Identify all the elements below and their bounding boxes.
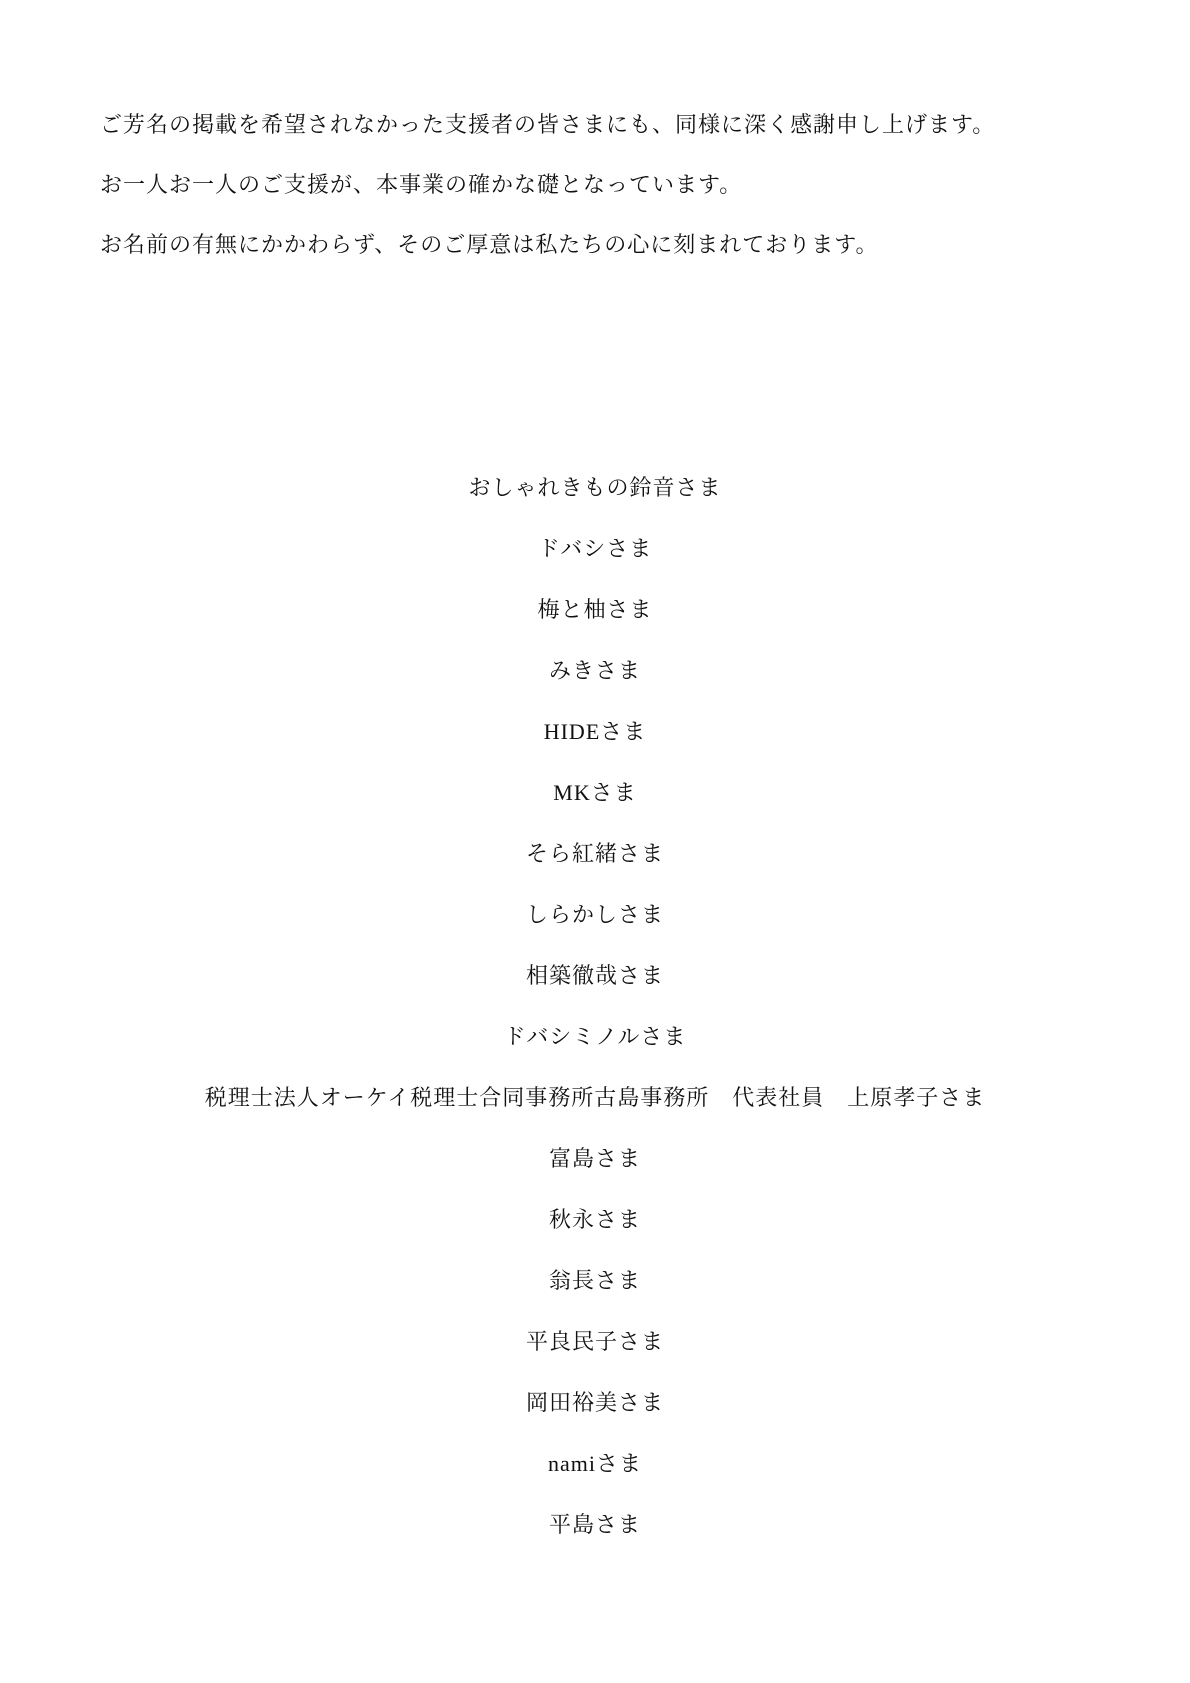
- supporter-name: 平良民子さま: [0, 1311, 1190, 1372]
- document-page: ご芳名の掲載を希望されなかった支援者の皆さまにも、同様に深く感謝申し上げます。 …: [0, 0, 1190, 1683]
- supporter-name: 翁長さま: [0, 1250, 1190, 1311]
- supporter-name: ドバシミノルさま: [0, 1006, 1190, 1067]
- supporter-name: ドバシさま: [0, 518, 1190, 579]
- supporter-name: HIDEさま: [0, 701, 1190, 762]
- acknowledgement-line: ご芳名の掲載を希望されなかった支援者の皆さまにも、同様に深く感謝申し上げます。: [100, 95, 1110, 155]
- supporter-name: 富島さま: [0, 1128, 1190, 1189]
- supporter-name: namiさま: [0, 1433, 1190, 1494]
- acknowledgement-line: お一人お一人のご支援が、本事業の確かな礎となっています。: [100, 155, 1110, 215]
- supporter-name: そら紅緒さま: [0, 823, 1190, 884]
- supporter-name: 秋永さま: [0, 1189, 1190, 1250]
- supporter-name: 税理士法人オーケイ税理士合同事務所古島事務所 代表社員 上原孝子さま: [0, 1067, 1190, 1128]
- supporter-name: MKさま: [0, 762, 1190, 823]
- supporter-name: おしゃれきもの鈴音さま: [0, 457, 1190, 518]
- supporter-name: 岡田裕美さま: [0, 1372, 1190, 1433]
- supporter-name: 平島さま: [0, 1494, 1190, 1555]
- acknowledgement-line: お名前の有無にかかわらず、そのご厚意は私たちの心に刻まれております。: [100, 215, 1110, 275]
- supporter-name: みきさま: [0, 640, 1190, 701]
- supporter-name-list: おしゃれきもの鈴音さま ドバシさま 梅と柚さま みきさま HIDEさま MKさま…: [0, 457, 1190, 1555]
- supporter-name: 梅と柚さま: [0, 579, 1190, 640]
- supporter-name: しらかしさま: [0, 884, 1190, 945]
- acknowledgement-paragraph: ご芳名の掲載を希望されなかった支援者の皆さまにも、同様に深く感謝申し上げます。 …: [100, 95, 1110, 275]
- supporter-name: 相築徹哉さま: [0, 945, 1190, 1006]
